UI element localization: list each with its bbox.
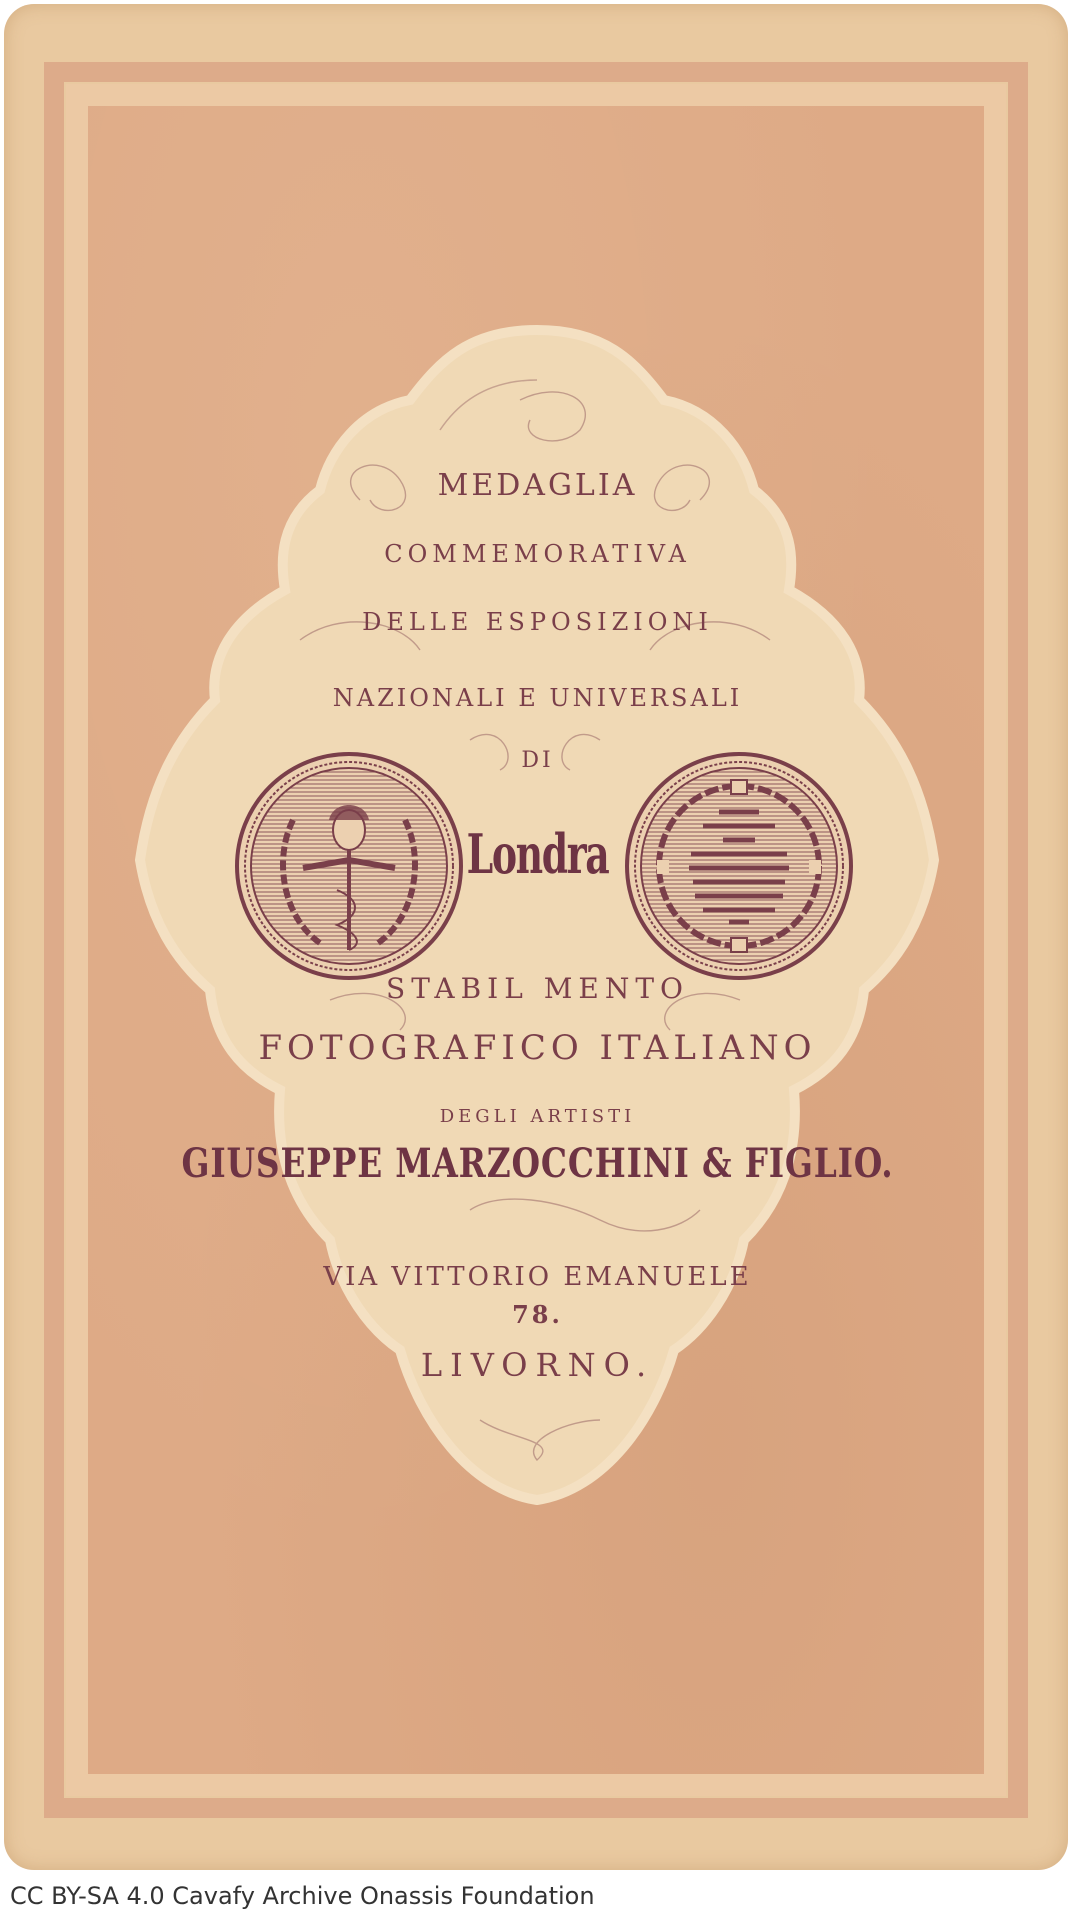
cartouche-shape [0,0,1075,1929]
imprint-line-studio-name: GIUSEPPE MARZOCCHINI & FIGLIO. [97,1140,979,1187]
imprint-line-degli-artisti: DEGLI ARTISTI [0,1106,1075,1127]
imprint-line-number: 78. [0,1300,1075,1329]
license-caption: CC BY-SA 4.0 Cavafy Archive Onassis Foun… [10,1882,595,1910]
imprint-line-esposizioni: DELLE ESPOSIZIONI [0,608,1075,636]
imprint-line-di: DI [0,748,1075,773]
imprint-line-city: LIVORNO. [0,1346,1075,1384]
imprint-line-fotografico: FOTOGRAFICO ITALIANO [0,1028,1075,1068]
imprint-line-stabilimento: STABIL MENTO [0,972,1075,1005]
medal-reverse-inscription-icon [623,750,855,982]
medal-obverse-head-caduceus-icon [233,750,465,982]
imprint-line-medaglia: MEDAGLIA [0,468,1075,503]
imprint-line-nazionali: NAZIONALI E UNIVERSALI [0,684,1075,712]
imprint-line-commemorativa: COMMEMORATIVA [0,540,1075,568]
imprint-line-street: VIA VITTORIO EMANUELE [0,1262,1075,1292]
